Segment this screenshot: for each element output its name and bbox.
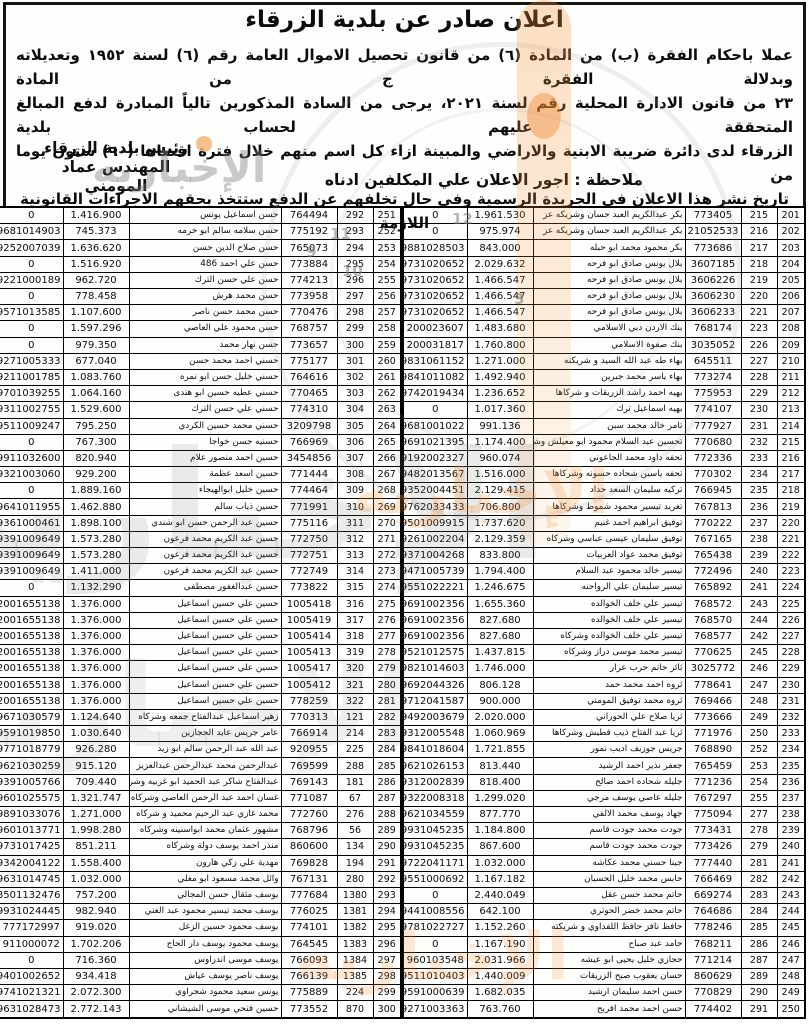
table-row: 299224775889يونس سعيد محمود شجراوي2.072.… [0, 985, 401, 1001]
table-row: 285288769599عبدالرحمن محمد عبدالرحمن عبد… [0, 758, 401, 774]
cell-name: حسان يعقوب صبح الزريقات [533, 968, 685, 984]
cell-national: 2001655138 [0, 693, 63, 709]
cell-amount: 1.466.547 [467, 289, 533, 305]
cell-amount: 1.030.640 [63, 726, 129, 742]
cell-amount: 716.360 [63, 952, 129, 968]
cell-seq: 276 [337, 807, 373, 823]
cell-file: 775177 [281, 353, 337, 369]
table-row: 226244768570تيسير علي خلف الخوالده827.68… [403, 612, 805, 628]
cell-serial: 252 [373, 224, 401, 240]
cell-seq: 239 [741, 548, 777, 564]
cell-name: مشهور عثمان محمد ابواسنينه وشركاه [129, 823, 281, 839]
cell-name: حسين علي حسين اسماعيل [129, 612, 281, 628]
cell-amount: 827.680 [467, 612, 533, 628]
cell-file: 772496 [685, 564, 741, 580]
cell-seq: 309 [337, 483, 373, 499]
table-row: 251292764494حسن اسماعيل يونس1.416.9000 [0, 207, 401, 224]
cell-serial: 296 [373, 936, 401, 952]
cell-serial: 278 [373, 645, 401, 661]
cell-file: 773884 [281, 256, 337, 272]
cell-serial: 292 [373, 871, 401, 887]
cell-amount: 867.600 [467, 839, 533, 855]
cell-seq: 228 [741, 369, 777, 385]
cell-seq: 221 [741, 305, 777, 321]
table-row: 221238767165توفيق سليمان عيسى عباسي وشرك… [403, 531, 805, 547]
table-row: 253294765073حسن صلاح الدين حسن1.636.6209… [0, 240, 401, 256]
cell-serial: 299 [373, 985, 401, 1001]
cell-amount: 1.702.206 [63, 936, 129, 952]
cell-file: 778259 [281, 693, 337, 709]
cell-seq: 312 [337, 531, 373, 547]
cell-national: 9492003679 [403, 709, 467, 725]
cell-file: 773405 [685, 207, 741, 224]
cell-national: 0 [0, 952, 63, 968]
cell-amount: 2.772.143 [63, 1001, 129, 1018]
cell-file: 769599 [281, 758, 337, 774]
cell-name: مهدية علي زكي هارون [129, 855, 281, 871]
cell-amount: 763.760 [467, 1001, 533, 1018]
cell-file: 3607185 [685, 256, 741, 272]
table-row: 201215773405بكر عبدالكريم العبد حسان وشر… [403, 207, 805, 224]
cell-name: يوسف محمود حسين الزغل [129, 920, 281, 936]
cell-name: حسين علي حسين اسماعيل [129, 693, 281, 709]
cell-seq: 235 [741, 483, 777, 499]
table-row: 243283669274حاتم محمد حسن عقل2.440.0490 [403, 887, 805, 903]
cell-file: 770625 [685, 645, 741, 661]
cell-amount: 843.000 [467, 240, 533, 256]
cell-national: 9401002652 [0, 968, 63, 984]
cell-national: 9931045235 [403, 823, 467, 839]
cell-seq: 223 [741, 321, 777, 337]
cell-seq: 1385 [337, 968, 373, 984]
cell-serial: 289 [373, 823, 401, 839]
cell-name: تيسير محمد موسى دراز وشركاه [533, 645, 685, 661]
table-row: 263304774310حسني علي حسن الترك1.529.6009… [0, 402, 401, 418]
cell-serial: 287 [373, 790, 401, 806]
cell-file: 778246 [685, 920, 741, 936]
table-row: 224241765892تيسير سليمان علي الرواحنه1.2… [403, 580, 805, 596]
cell-serial: 226 [777, 612, 805, 628]
cell-seq: 304 [337, 402, 373, 418]
cell-name: غسان احمد عبد الرحمن العاصي وشركاه [129, 790, 281, 806]
signature-title: رئيس بلدية الزرقاء [36, 139, 196, 158]
cell-amount: 2.029.632 [467, 256, 533, 272]
cell-name: جعفر نذير احمد الرشيد [533, 758, 685, 774]
cell-name: تغريد تيسير محمود شموط وشركاها [533, 499, 685, 515]
cell-seq: 224 [337, 985, 373, 1001]
cell-seq: 1381 [337, 904, 373, 920]
cell-national: 9701039255 [0, 386, 63, 402]
table-row: 254295773884حسن علي احمد 4861.516.9200 [0, 256, 401, 272]
cell-name: جينا حسني محمد عكاشه [533, 855, 685, 871]
table-row: 2042183607185بلال يونس صادق ابو فرحه2.02… [403, 256, 805, 272]
cell-amount: 1.721.855 [467, 742, 533, 758]
cell-seq: 315 [337, 580, 373, 596]
table-row: 290134860600منذر احمد يوسف دولة وشركاه85… [0, 839, 401, 855]
table-row: 2052193606226بلال يونس صادق ابو فرحه1.46… [403, 272, 805, 288]
cell-amount: 1.376.000 [63, 645, 129, 661]
cell-name: حسين عبدالغفور مصطفى [129, 580, 281, 596]
cell-national: 9621034559 [403, 807, 467, 823]
cell-serial: 211 [777, 369, 805, 385]
cell-amount: 1.437.815 [467, 645, 533, 661]
cell-national: 8501132476 [0, 887, 63, 903]
cell-file: 773431 [685, 823, 741, 839]
cell-seq: 302 [337, 369, 373, 385]
cell-name: ثائر حاتم حرب عرار [533, 661, 685, 677]
cell-amount: 1.299.020 [467, 790, 533, 806]
cell-serial: 244 [777, 904, 805, 920]
table-row: 256297773958حسن محمد هرش778.4580 [0, 289, 401, 305]
cell-file: 770476 [281, 305, 337, 321]
cell-amount: 1.746.000 [467, 661, 533, 677]
cell-name: بنك الاردن دبي الاسلامي [533, 321, 685, 337]
cell-file: 771214 [685, 952, 741, 968]
cell-amount: 2.072.300 [63, 985, 129, 1001]
cell-serial: 286 [373, 774, 401, 790]
cell-amount: 1.889.160 [63, 483, 129, 499]
cell-seq: 248 [741, 693, 777, 709]
cell-seq: 314 [337, 564, 373, 580]
cell-amount: 982.940 [63, 904, 129, 920]
cell-seq: 214 [337, 726, 373, 742]
cell-national: 9391005766 [0, 774, 63, 790]
cell-name: تيسير سليمان علي الرواحنه [533, 580, 685, 596]
table-row: 246286768211حامد عبد صباح1.167.1900 [403, 936, 805, 952]
cell-amount: 1.083.760 [63, 369, 129, 385]
cell-amount: 833.800 [467, 548, 533, 564]
cell-file: 768570 [685, 612, 741, 628]
table-row: 218235766945تركيه سليمان السعد حداد2.129… [403, 483, 805, 499]
cell-file: 767813 [685, 499, 741, 515]
cell-national: 9591019850 [0, 726, 63, 742]
cell-amount: 1.017.360 [467, 402, 533, 418]
signature-name: المهندس عماد المومني [36, 158, 196, 196]
cell-seq: 286 [741, 936, 777, 952]
cell-seq: 320 [337, 661, 373, 677]
page-title: اعلان صادر عن بلدية الزرقاء [0, 7, 809, 33]
table-row: 28956768796مشهور عثمان محمد ابواسنينه وش… [0, 823, 401, 839]
cell-amount: 1.064.160 [63, 386, 129, 402]
cell-seq: 237 [741, 515, 777, 531]
cell-seq: 253 [741, 758, 777, 774]
cell-seq: 319 [337, 645, 373, 661]
cell-seq: 318 [337, 628, 373, 644]
cell-serial: 255 [373, 272, 401, 288]
cell-serial: 276 [373, 612, 401, 628]
cell-name: حسن سلامه سالم ابو خرمه [129, 224, 281, 240]
cell-seq: 1384 [337, 952, 373, 968]
cell-name: جودت محمد جودت قاسم [533, 823, 685, 839]
cell-amount: 1.376.000 [63, 612, 129, 628]
cell-national: 2001655138 [0, 612, 63, 628]
cell-serial: 298 [373, 968, 401, 984]
table-row: 235253765459جعفر نذير احمد الرشيد813.440… [403, 758, 805, 774]
cell-amount: 1.060.969 [467, 726, 533, 742]
cell-file: 774402 [685, 1001, 741, 1018]
cell-national: 2001655138 [0, 628, 63, 644]
cell-name: بكر عبدالكريم العبد حسان وشريكه عز [533, 207, 685, 224]
cell-national: 9821014603 [403, 661, 467, 677]
cell-name: جهاد يوسف محمد الالفي [533, 807, 685, 823]
cell-amount: 1.246.675 [467, 580, 533, 596]
cell-national: 9271003363 [403, 1001, 467, 1018]
cell-name: يونس سعيد محمود شجراوي [129, 985, 281, 1001]
cell-national: 9722041171 [403, 855, 467, 871]
cell-name: حسين علي حسين اسماعيل [129, 628, 281, 644]
body-line: عملا باحكام الفقرة (ب) من المادة (٦) من … [16, 43, 793, 91]
cell-serial: 297 [373, 952, 401, 968]
table-row: 2663073454856حسين احمد منصور علام820.940… [0, 450, 401, 466]
cell-seq: 217 [741, 240, 777, 256]
cell-amount: 1.416.900 [63, 207, 129, 224]
cell-seq: 283 [741, 887, 777, 903]
cell-name: بهاء ياسر محمد جبرين [533, 369, 685, 385]
cell-serial: 279 [373, 661, 401, 677]
cell-national: 9841018604 [403, 742, 467, 758]
cell-serial: 204 [777, 256, 805, 272]
cell-file: 771976 [685, 726, 741, 742]
table-row: 2951382774101يوسف محمود حسين الزغل919.02… [0, 920, 401, 936]
cell-file: 3606230 [685, 289, 741, 305]
cell-amount: 926.280 [63, 742, 129, 758]
cell-national: 9762033433 [403, 499, 467, 515]
cell-seq: 293 [337, 224, 373, 240]
cell-name: حسني احمد محمد حسن [129, 353, 281, 369]
cell-national: 960103548 [403, 952, 467, 968]
cell-name: تحسين عبد السلام محمود ابو معيلش وشركاه [533, 434, 685, 450]
cell-seq: 242 [741, 628, 777, 644]
cell-file: 775094 [685, 807, 741, 823]
cell-amount: 1.516.000 [467, 467, 533, 483]
cell-seq: 295 [337, 256, 373, 272]
cell-amount: 1.167.182 [467, 871, 533, 887]
cell-name: بنك صفوة الاسلامي [533, 337, 685, 353]
cell-national: 9911032600 [0, 450, 63, 466]
cell-file: 3209798 [281, 418, 337, 434]
cell-seq: 238 [741, 531, 777, 547]
cell-national: 2001655138 [0, 596, 63, 612]
cell-file: 765438 [685, 548, 741, 564]
cell-amount: 1.174.400 [467, 434, 533, 450]
table-row: 211228773274بهاء ياسر محمد جبرين1.492.94… [403, 369, 805, 385]
table-row: 300870773552حسين فتحي موسى الشيشاني2.772… [0, 1001, 401, 1018]
cell-file: 770302 [685, 467, 741, 483]
cell-file: 774107 [685, 402, 741, 418]
cell-file: 773426 [685, 839, 741, 855]
cell-name: حجازي خليل يحيى ابو عيشه [533, 952, 685, 968]
cell-seq: 250 [741, 726, 777, 742]
cell-serial: 228 [777, 645, 805, 661]
cell-file: 860629 [685, 968, 741, 984]
cell-national: 9691021395 [403, 434, 467, 450]
cell-serial: 280 [373, 677, 401, 693]
cell-amount: 1.961.530 [467, 207, 533, 224]
table-row: 28767771087غسان احمد عبد الرحمن العاصي و… [0, 790, 401, 806]
table-row: 20221621052533بكر عبدالكريم العبد حسان و… [403, 224, 805, 240]
table-row: 284225920955عبد الله عبد الرحمن سالم ابو… [0, 742, 401, 758]
table-row: 232249773666ثريا صلاح علي الحوراني2.020.… [403, 709, 805, 725]
table-row: 270311775116حسين عبد الرحمن حسن ابو شندي… [0, 515, 401, 531]
cell-seq: 219 [741, 272, 777, 288]
cell-serial: 233 [777, 726, 805, 742]
cell-amount: 975.974 [467, 224, 533, 240]
cell-file: 777440 [685, 855, 741, 871]
cell-national: 9712041587 [403, 693, 467, 709]
cell-file: 772751 [281, 548, 337, 564]
cell-national: 9551022221 [403, 580, 467, 596]
cell-name: عامر جريس عايد الحجازين [129, 726, 281, 742]
cell-file: 766969 [281, 434, 337, 450]
cell-name: تيسير علي خلف الخوالده وشركاه [533, 628, 685, 644]
cell-amount: 827.680 [467, 628, 533, 644]
cell-name: تحفه ياسين شحاده حسونه وشركاها [533, 467, 685, 483]
cell-national: 9671030579 [0, 709, 63, 725]
cell-file: 764494 [281, 207, 337, 224]
cell-name: حامد عبد صباح [533, 936, 685, 952]
cell-serial: 260 [373, 353, 401, 369]
cell-national: 0 [0, 256, 63, 272]
table-row: 2092263035052بنك صفوة الاسلامي1.760.8002… [403, 337, 805, 353]
cell-serial: 205 [777, 272, 805, 288]
cell-national: 9361000461 [0, 515, 63, 531]
cell-name: حسين خليل ابوالهيجاء [129, 483, 281, 499]
cell-national: 9391009649 [0, 531, 63, 547]
cell-file: 777927 [685, 418, 741, 434]
cell-national: 9731020652 [403, 272, 467, 288]
cell-national: 9881028503 [403, 240, 467, 256]
cell-amount: 820.940 [63, 450, 129, 466]
cell-national: 9621030259 [0, 758, 63, 774]
table-row: 2803211005412حسين علي حسين اسماعيل1.376.… [0, 677, 401, 693]
cell-national: 9511009247 [0, 418, 63, 434]
cell-serial: 275 [373, 596, 401, 612]
cell-seq: 254 [741, 774, 777, 790]
cell-amount: 745.373 [63, 224, 129, 240]
cell-national: 777172997 [0, 920, 63, 936]
cell-serial: 285 [373, 758, 401, 774]
cell-name: يوسف محمد تيسير محمود عبد الغني [129, 904, 281, 920]
cell-national: 200023607 [403, 321, 467, 337]
cell-name: حسن نهار محمد [129, 337, 281, 353]
cell-name: بلال يونس صادق ابو فرحه [533, 289, 685, 305]
cell-amount: 1.376.000 [63, 661, 129, 677]
cell-file: 772749 [281, 564, 337, 580]
cell-serial: 201 [777, 207, 805, 224]
cell-serial: 219 [777, 499, 805, 515]
cell-seq: 229 [741, 386, 777, 402]
cell-seq: 1382 [337, 920, 373, 936]
cell-serial: 206 [777, 289, 805, 305]
cell-national: 9601013771 [0, 823, 63, 839]
cell-file: 774101 [281, 920, 337, 936]
table-row: 2643053209798حسني محمد حسين الكردي795.25… [0, 418, 401, 434]
cell-seq: 247 [741, 677, 777, 693]
cell-name: حسني خليل حسن ابو نمره [129, 369, 281, 385]
cell-amount: 900.000 [467, 693, 533, 709]
cell-file: 773657 [281, 337, 337, 353]
cell-name: زهير اسماعيل عبدالفتاح جمعه وشركاه [129, 709, 281, 725]
cell-national: 9221000189 [0, 272, 63, 288]
cell-national: 9311002755 [0, 402, 63, 418]
cell-national: 0 [403, 887, 467, 903]
cell-name: توفيق محمد عواد العربيات [533, 548, 685, 564]
cell-file: 770313 [281, 709, 337, 725]
cell-seq: 121 [337, 709, 373, 725]
cell-name: حسين علي حسين اسماعيل [129, 677, 281, 693]
cell-name: حاتم محمد حسن عقل [533, 887, 685, 903]
table-row: 288276772760محمد غازي عبد الرحيم محميد و… [0, 807, 401, 823]
cell-national: 9731020652 [403, 256, 467, 272]
cell-file: 770222 [685, 515, 741, 531]
cell-amount: 1.636.620 [63, 240, 129, 256]
cell-amount: 1.321.747 [63, 790, 129, 806]
cell-file: 1005417 [281, 661, 337, 677]
table-row: 2931380777684يوسف مثقال حسن المجالي757.2… [0, 887, 401, 903]
cell-amount: 2.031.966 [467, 952, 533, 968]
cell-file: 773822 [281, 580, 337, 596]
cell-national: 9681014903 [0, 224, 63, 240]
cell-seq: 240 [741, 564, 777, 580]
table-row: 212229775953بهيه احمد راشد الزريقات و شر… [403, 386, 805, 402]
cell-serial: 248 [777, 968, 805, 984]
cell-seq: 296 [337, 272, 373, 288]
cell-national: 9631014745 [0, 871, 63, 887]
cell-name: ثروه احمد محمد حمد [533, 677, 685, 693]
cell-serial: 282 [373, 709, 401, 725]
cell-amount: 767.300 [63, 434, 129, 450]
cell-national: 9621026153 [403, 758, 467, 774]
cell-serial: 271 [373, 531, 401, 547]
cell-seq: 297 [337, 289, 373, 305]
cell-file: 774213 [281, 272, 337, 288]
cell-amount: 1.492.940 [467, 369, 533, 385]
cell-national: 9391009649 [0, 548, 63, 564]
table-row: 228245770625تيسير محمد موسى دراز وشركاه1… [403, 645, 805, 661]
cell-national: 9501009915 [403, 515, 467, 531]
cell-serial: 264 [373, 418, 401, 434]
cell-serial: 288 [373, 807, 401, 823]
cell-name: حسن احمد سليمان ارشيد [533, 985, 685, 1001]
cell-file: 769143 [281, 774, 337, 790]
cell-serial: 263 [373, 402, 401, 418]
cell-amount: 979.350 [63, 337, 129, 353]
cell-national: 9471005739 [403, 564, 467, 580]
cell-serial: 241 [777, 855, 805, 871]
cell-national: 9521012575 [403, 645, 467, 661]
table-row: 225243768572تيسير علي خلف الخوالده1.655.… [403, 596, 805, 612]
table-row: 2971384766093يوسف موسى اندراوس716.3600 [0, 952, 401, 968]
cell-amount: 1.998.280 [63, 823, 129, 839]
cell-serial: 216 [777, 450, 805, 466]
cell-seq: 246 [741, 661, 777, 677]
table-row: 291194769828مهدية علي زكي هارون1.558.400… [0, 855, 401, 871]
cell-seq: 301 [337, 353, 373, 369]
cell-amount: 1.483.680 [467, 321, 533, 337]
table-row: 248289860629حسان يعقوب صبح الزريقات1.440… [403, 968, 805, 984]
cell-name: توفيق ابراهيم احمد غنيم [533, 515, 685, 531]
table-row: 2941381776025يوسف محمد تيسير محمود عبد ا… [0, 904, 401, 920]
cell-seq: 289 [741, 968, 777, 984]
cell-name: منذر احمد يوسف دولة وشركاه [129, 839, 281, 855]
table-row: 255296774213حسن علي حسن الترك962.7209221… [0, 272, 401, 288]
cell-amount: 1.573.280 [63, 548, 129, 564]
body-line: ٢٣ من قانون الادارة المحلية رقم لسنة ٢٠٢… [16, 91, 793, 139]
table-row: 281322778259حسين علي حسين اسماعيل1.376.0… [0, 693, 401, 709]
table-row: 262303770465حسني عطيه حسين ابو هندى1.064… [0, 386, 401, 402]
note-line: ملاحظة : اجور الاعلان علي المكلفين ادناه [325, 171, 643, 189]
table-row: 242282766469حابس محمد خليل الحسبان1.167.… [403, 871, 805, 887]
